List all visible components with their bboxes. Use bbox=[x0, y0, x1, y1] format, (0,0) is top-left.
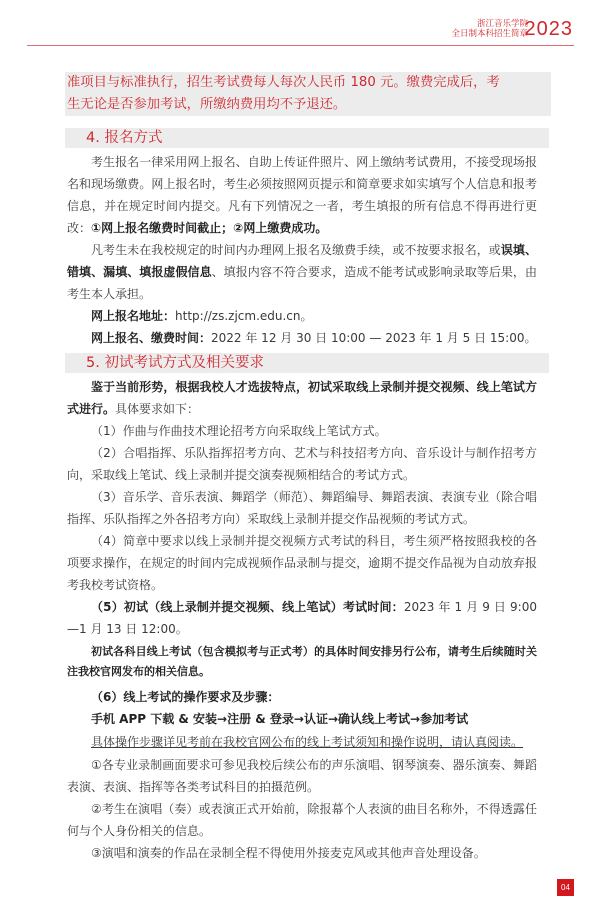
section-title-registration: 4. 报名方式 bbox=[65, 128, 549, 148]
exam-item-4: （4）简章中要求以线上录制并提交视频方式考试的科目，考生须严格按照我校的各项要求… bbox=[67, 530, 537, 596]
recording-rule-1: ①各专业录制画面要求可参见我校后续公布的声乐演唱、钢琴演奏、器乐演奏、舞蹈表演、… bbox=[67, 754, 537, 798]
page-content: 准项目与标准执行，招生考试费每人每次人民币 180 元。缴费完成后，考 生无论是… bbox=[67, 72, 537, 864]
header-title: 浙江音乐学院 全日制本科招生简章 bbox=[451, 19, 528, 39]
exam-intro: 鉴于当前形势，根据我校人才选拔特点，初试采取线上录制并提交视频、线上笔试方式进行… bbox=[67, 376, 537, 420]
exam-schedule-note: 初试各科目线上考试（包含模拟考与正式考）的具体时间安排另行公布，请考生后续随时关… bbox=[67, 642, 537, 682]
section-title-preliminary-exam: 5. 初试考试方式及相关要求 bbox=[65, 353, 549, 373]
page-number-badge: 04 bbox=[557, 879, 574, 896]
recording-rule-2: ②考生在演唱（奏）或表演正式开始前，除报幕个人表演的曲目名称外，不得透露任何与个… bbox=[67, 798, 537, 842]
header-year: 2023 bbox=[525, 18, 574, 40]
registration-url-line: 网上报名地址：http://zs.zjcm.edu.cn。 bbox=[67, 305, 537, 327]
exam-time-label: （5）初试（线上录制并提交视频、线上笔试）考试时间： bbox=[91, 600, 404, 614]
operation-instructions-note: 具体操作步骤详见考前在我校官网公布的线上考试须知和操作说明，请认真阅读。 bbox=[67, 730, 537, 754]
online-exam-steps-title: （6）线上考试的操作要求及步骤： bbox=[67, 686, 537, 708]
responsibility-paragraph: 凡考生未在我校规定的时间内办理网上报名及缴费手续，或不按要求报名，或误填、错填、… bbox=[67, 239, 537, 305]
exam-intro-tail: 具体要求如下： bbox=[115, 402, 199, 416]
registration-bold: ①网上报名缴费时间截止；②网上缴费成功。 bbox=[91, 221, 327, 235]
exam-item-2: （2）合唱指挥、乐队指挥招考方向、艺术与科技招考方向、音乐设计与制作招考方向，采… bbox=[67, 442, 537, 486]
recording-rule-3: ③演唱和演奏的作品在录制全程不得使用外接麦克风或其他声音处理设备。 bbox=[67, 842, 537, 864]
fee-notice-line-2: 生无论是否参加考试，所缴纳费用均不予退还。 bbox=[67, 94, 549, 116]
fee-notice: 准项目与标准执行，招生考试费每人每次人民币 180 元。缴费完成后，考 生无论是… bbox=[65, 72, 551, 116]
exam-item-3: （3）音乐学、音乐表演、舞蹈学（师范）、舞蹈编导、舞蹈表演、表演专业（除合唱指挥… bbox=[67, 486, 537, 530]
exam-item-1: （1）作曲与作曲技术理论招考方向采取线上笔试方式。 bbox=[67, 420, 537, 442]
page-header: 浙江音乐学院 全日制本科招生简章 2023 bbox=[0, 0, 600, 50]
header-divider bbox=[27, 45, 574, 46]
fee-notice-line-1: 准项目与标准执行，招生考试费每人每次人民币 180 元。缴费完成后，考 bbox=[67, 72, 549, 94]
registration-url-link[interactable]: http://zs.zjcm.edu.cn。 bbox=[175, 309, 313, 323]
time-label: 网上报名、缴费时间： bbox=[91, 331, 211, 345]
registration-paragraph: 考生报名一律采用网上报名、自助上传证件照片、网上缴纳考试费用，不接受现场报名和现… bbox=[67, 151, 537, 239]
online-exam-steps: 手机 APP 下载 & 安装→注册 & 登录→认证→确认线上考试→参加考试 bbox=[67, 708, 537, 730]
registration-time-line: 网上报名、缴费时间：2022 年 12 月 30 日 10:00 — 2023 … bbox=[67, 327, 537, 349]
exam-item-5: （5）初试（线上录制并提交视频、线上笔试）考试时间：2023 年 1 月 9 日… bbox=[67, 596, 537, 640]
responsibility-text-a: 凡考生未在我校规定的时间内办理网上报名及缴费手续，或不按要求报名，或 bbox=[91, 243, 501, 257]
url-label: 网上报名地址： bbox=[91, 309, 175, 323]
brochure-subtitle: 全日制本科招生简章 bbox=[451, 29, 528, 39]
school-name: 浙江音乐学院 bbox=[451, 19, 528, 29]
time-value: 2022 年 12 月 30 日 10:00 — 2023 年 1 月 5 日 … bbox=[211, 331, 536, 345]
